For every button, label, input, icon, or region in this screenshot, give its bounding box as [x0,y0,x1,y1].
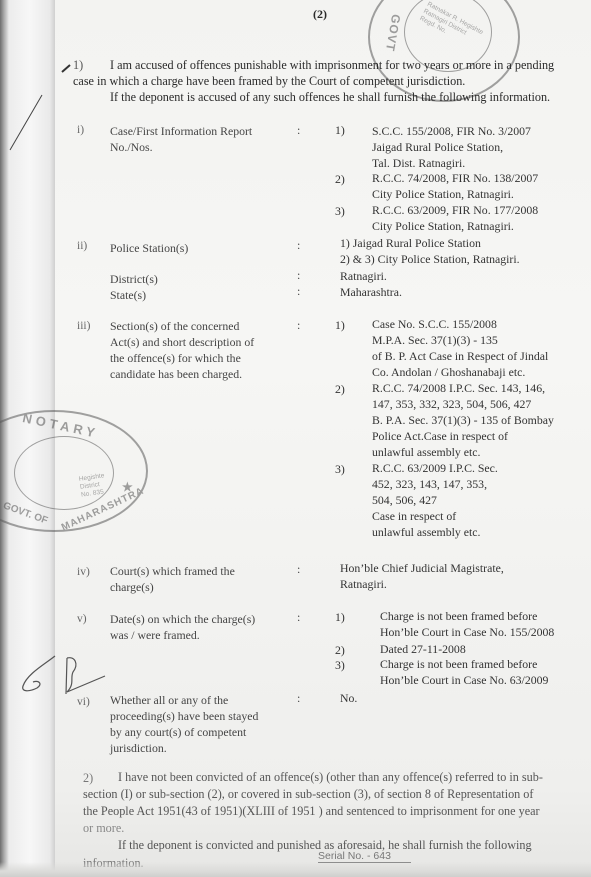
item-i-colon: : [297,123,300,138]
handwritten-margin-mark [15,650,115,700]
district-colon: : [297,268,300,283]
item-i-entry-2: R.C.C. 74/2008, FIR No. 138/2007 City Po… [372,170,538,202]
item-iii-label: Section(s) of the concerned Act(s) and s… [110,318,254,382]
item-vi-label: Whether all or any of the proceeding(s) … [110,692,258,756]
item-iii-entry-1-number: 1) [335,318,345,333]
state-colon: : [297,284,300,299]
item-i-entry-1: S.C.C. 155/2008, FIR No. 3/2007 Jaigad R… [372,123,531,171]
item-v-entry-2: Dated 27-11-2008 [380,641,466,657]
item-iii-number: iii) [77,320,90,332]
item-iv-value: Hon’ble Chief Judicial Magistrate, Ratna… [340,560,504,592]
section1-line3: If the deponent is accused of any such o… [110,89,550,106]
item-vi-number: vi) [77,696,90,708]
item-vi-value: No. [340,690,357,706]
section2-line1: I have not been convicted of an offence(… [118,769,543,786]
item-i-entry-3-number: 3) [335,204,345,219]
state-value: Maharashtra. [340,284,402,300]
item-v-number: v) [77,613,87,625]
section2-line4: or more. [83,820,124,837]
state-label: State(s) [110,287,146,303]
item-v-entry-1-number: 1) [335,610,345,625]
item-i-number: i) [77,124,84,136]
item-ii-label: Police Station(s) [110,240,188,256]
item-v-entry-2-number: 2) [335,643,345,658]
section1-line1: I am accused of offences punishable with… [110,57,554,74]
section1-number: 1) [73,57,83,74]
item-i-entry-1-number: 1) [335,123,345,138]
item-iv-colon: : [297,562,300,577]
item-ii-values: 1) Jaigad Rural Police Station 2) & 3) C… [340,235,520,267]
item-iii-entry-3-number: 3) [335,462,345,477]
item-v-label: Date(s) on which the charge(s) was / wer… [110,611,255,643]
item-i-entry-2-number: 2) [335,172,345,187]
section2-number: 2) [83,770,93,787]
district-label: District(s) [110,271,158,287]
page-number: (2) [313,6,327,22]
item-v-colon: : [297,610,300,625]
item-vi-colon: : [297,691,300,706]
item-iii-entry-2: R.C.C. 74/2008 I.P.C. Sec. 143, 146, 147… [372,380,554,460]
item-ii-number: ii) [77,240,87,252]
item-i-label: Case/First Information Report No./Nos. [110,123,252,155]
item-v-entry-3-number: 3) [335,658,345,673]
item-v-entry-3: Charge is not been framed before Hon’ble… [380,656,548,688]
section1-line2: case in which a charge have been framed … [73,73,465,90]
scanner-edge [0,0,55,877]
district-value: Ratnagiri. [340,268,387,284]
item-iii-entry-3: R.C.C. 63/2009 I.P.C. Sec. 452, 323, 143… [372,460,498,540]
item-i-entry-3: R.C.C. 63/2009, FIR No. 177/2008 City Po… [372,202,538,234]
item-v-entry-1: Charge is not been framed before Hon’ble… [380,608,554,640]
item-iv-label: Court(s) which framed the charge(s) [110,563,235,595]
section2-line3: the People Act 1951(43 of 1951)(XLIII of… [83,803,540,820]
item-iii-entry-1: Case No. S.C.C. 155/2008 M.P.A. Sec. 37(… [372,316,548,380]
item-ii-colon: : [297,238,300,253]
section2-line2: section (I) or sub-section (2), or cover… [83,786,533,803]
item-iii-entry-2-number: 2) [335,382,345,397]
item-iv-number: iv) [77,566,90,578]
scan-bottom-edge [0,862,591,877]
item-iii-colon: : [297,318,300,333]
